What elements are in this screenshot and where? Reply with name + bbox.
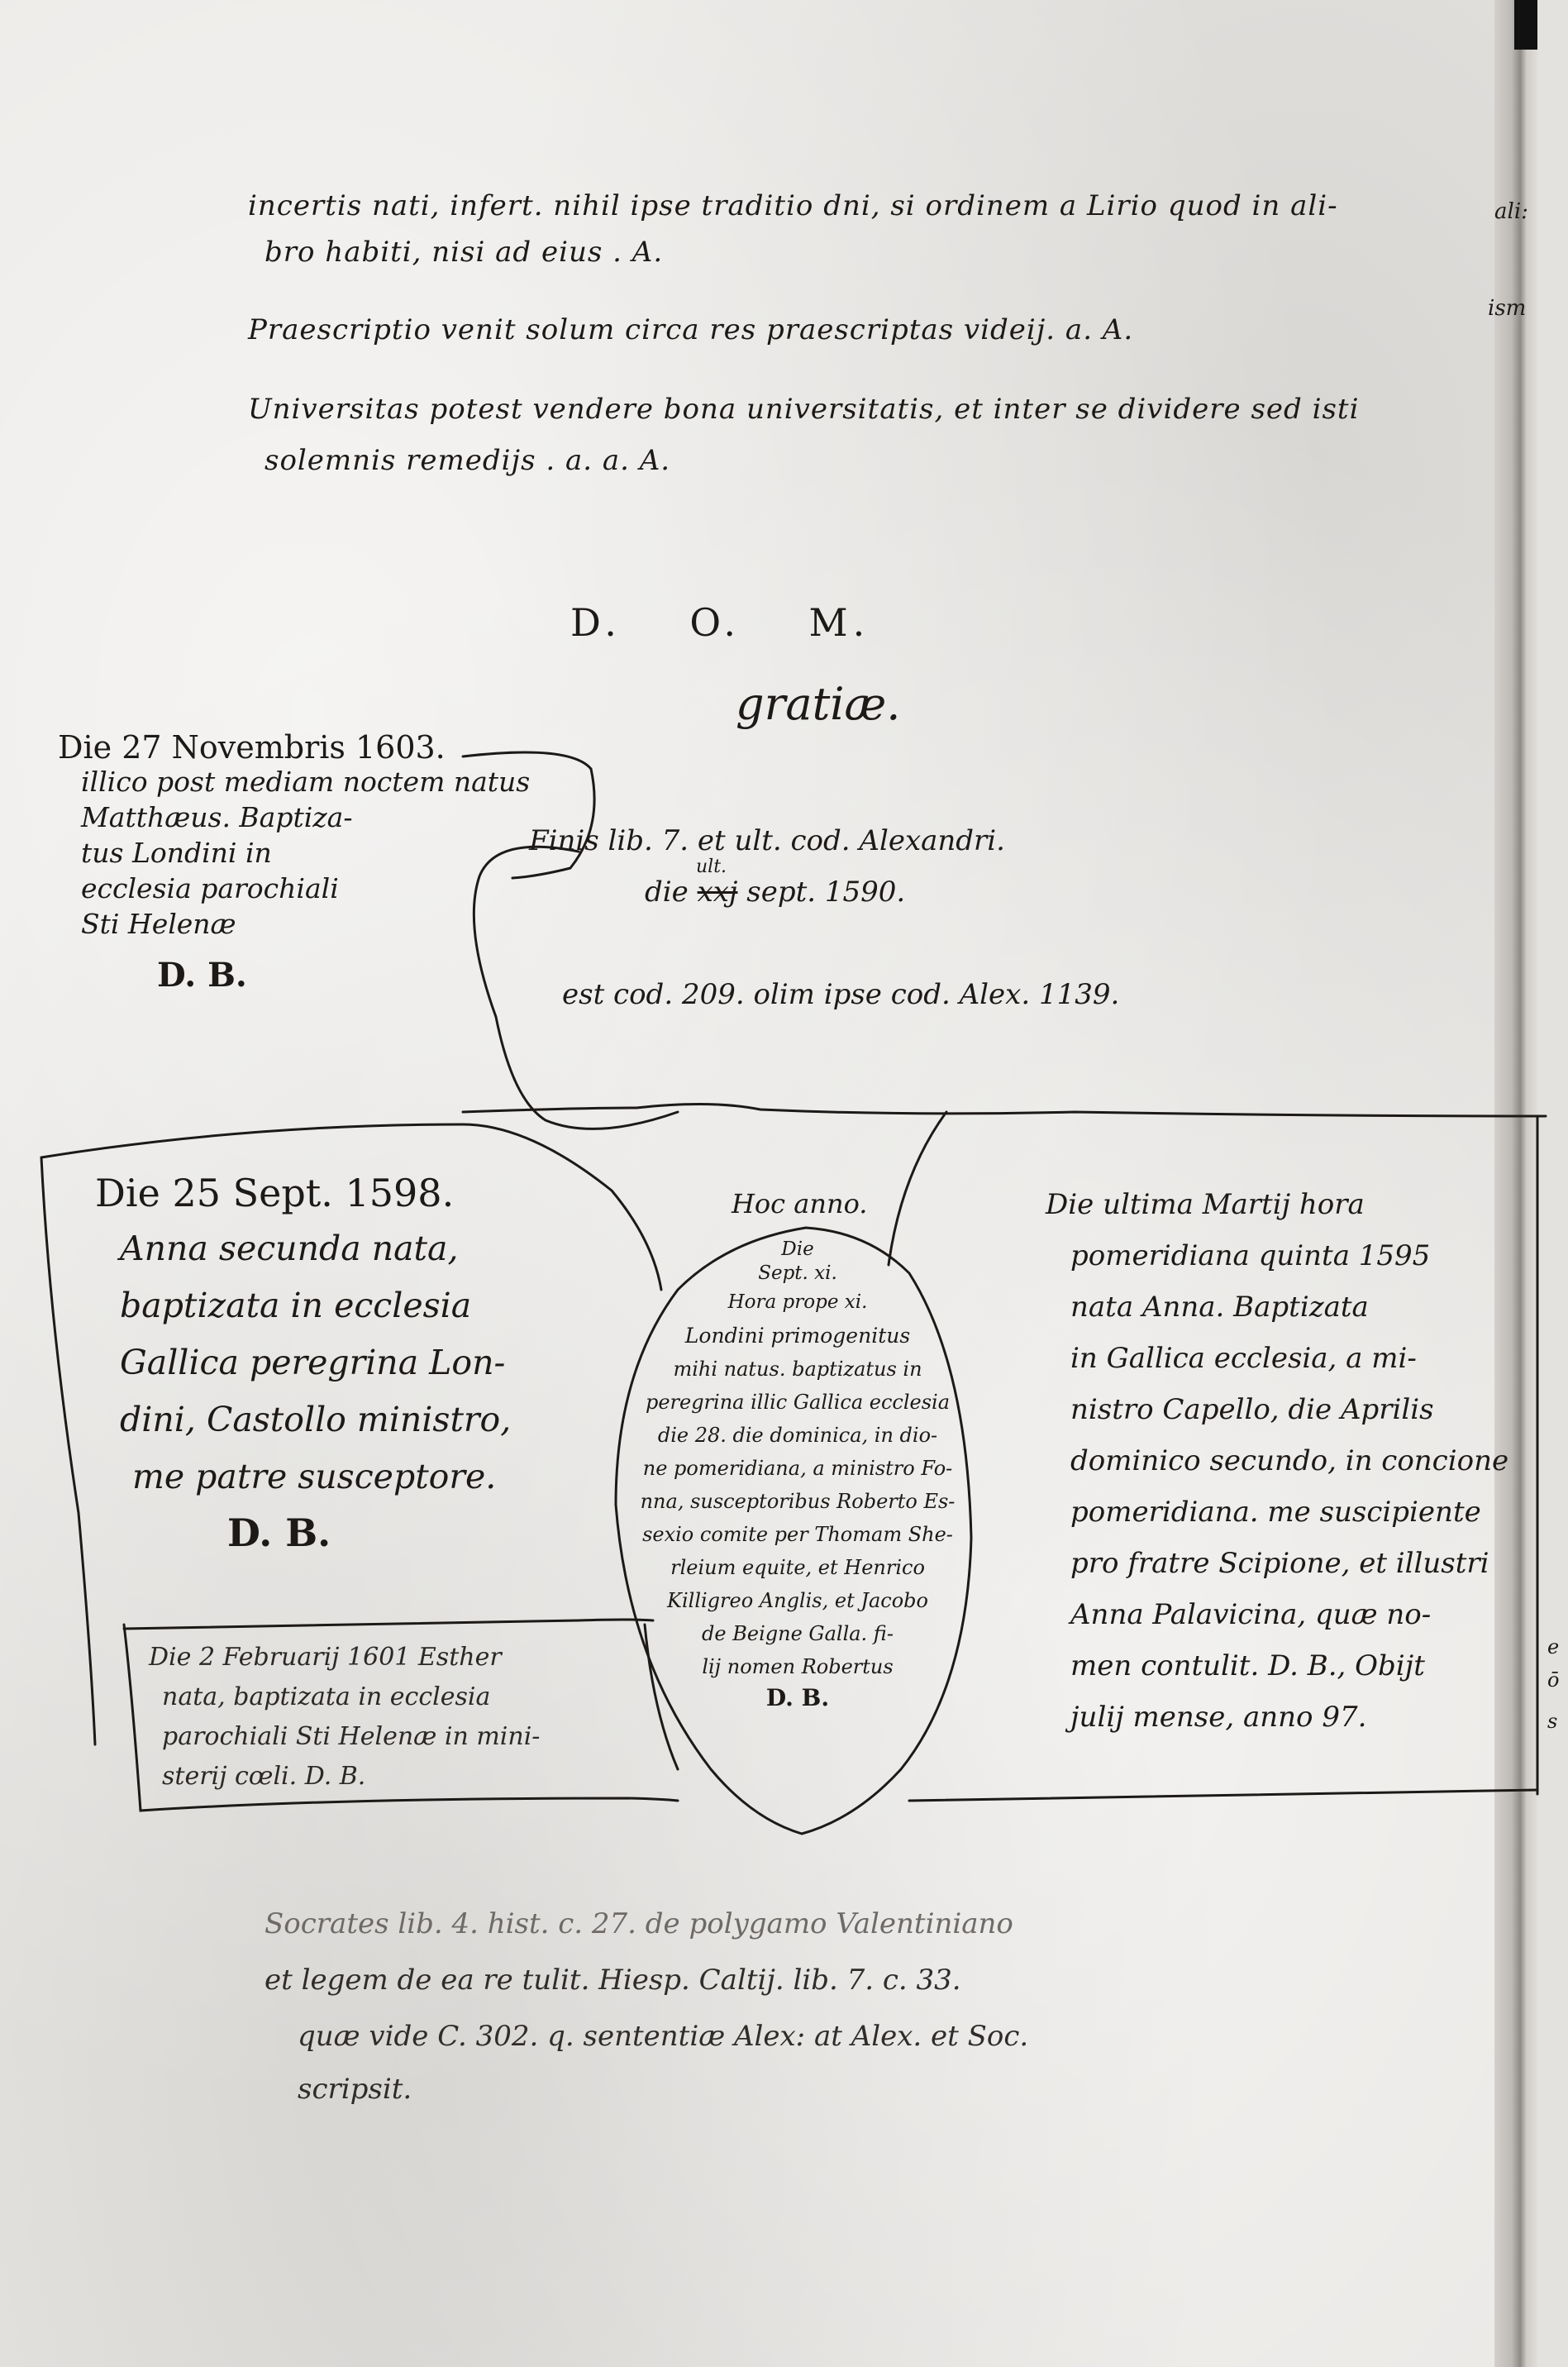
- oval-line: die 28. die dominica, in dio-: [624, 1425, 971, 1445]
- entry-birth-1603: Die 27 Novembris 1603. illico post media…: [58, 732, 530, 992]
- margin-fragment: ism: [1488, 298, 1526, 319]
- entry-line: tus Londini in: [81, 839, 530, 866]
- footer-line: Socrates lib. 4. hist. c. 27. de polygam…: [265, 1910, 1028, 1938]
- oval-line: Londini primogenitus: [624, 1325, 971, 1346]
- manuscript-page: incertis nati, infert. nihil ipse tradit…: [0, 0, 1537, 2367]
- entry-line: pomeridiana. me suscipiente: [1070, 1498, 1508, 1526]
- header-line: solemnis remedijs . a. a. A.: [265, 446, 1359, 475]
- entry-line: men contulit. D. B., Obijt: [1070, 1652, 1508, 1680]
- horizontal-rule-bottom-right: [909, 1790, 1537, 1801]
- oval-line: Killigreo Anglis, et Jacobo: [624, 1591, 971, 1611]
- entry-date: Die ultima Martij hora: [1046, 1191, 1508, 1219]
- finis-line-3: est cod. 209. olim ipse cod. Alex. 1139.: [562, 981, 1119, 1009]
- oval-heading: Hoc anno.: [732, 1191, 867, 1217]
- box-1598-left: [41, 1157, 95, 1744]
- interlinear-insert: ult.: [696, 858, 727, 876]
- oval-line: sexio comite per Thomam She-: [624, 1525, 971, 1544]
- entry-line: Anna Palavicina, quæ no-: [1070, 1601, 1508, 1629]
- invocation-dom: D. O. M.: [570, 604, 870, 642]
- entry-line: Anna secunda nata,: [120, 1232, 511, 1266]
- entry-line: baptizata in ecclesia: [120, 1289, 511, 1323]
- entry-line: dominico secundo, in concione: [1070, 1447, 1508, 1475]
- entry-birth-1601: Die 2 Februarij 1601 Esther nata, baptiz…: [149, 1645, 540, 1789]
- footer-line: et legem de ea re tulit. Hiesp. Caltij. …: [265, 1966, 1028, 1994]
- oval-line: peregrina illic Gallica ecclesia: [624, 1392, 971, 1412]
- finis-note: Finis lib. 7. et ult. cod. Alexandri. di…: [529, 827, 1119, 1009]
- entry-date: Die 25 Sept. 1598.: [95, 1174, 511, 1212]
- entry-line: pro fratre Scipione, et illustri: [1070, 1549, 1508, 1577]
- footer-line: quæ vide C. 302. q. sententiæ Alex: at A…: [298, 2022, 1028, 2050]
- horizontal-rule-top: [463, 1104, 1546, 1116]
- header-notes: incertis nati, infert. nihil ipse tradit…: [248, 192, 1359, 475]
- finis-die: die: [645, 876, 689, 909]
- entry-birth-1595: Die ultima Martij hora pomeridiana quint…: [1046, 1191, 1508, 1731]
- entry-line: Sti Helenæ: [81, 910, 530, 938]
- oval-line: ne pomeridiana, a ministro Fo-: [624, 1458, 971, 1478]
- finis-line-1: Finis lib. 7. et ult. cod. Alexandri.: [529, 827, 1119, 855]
- margin-fragment: ali:: [1494, 201, 1528, 222]
- entry-line: julij mense, anno 97.: [1070, 1703, 1508, 1731]
- entry-line: nata Anna. Baptizata: [1070, 1293, 1508, 1321]
- entry-line: sterij cœli. D. B.: [162, 1764, 540, 1789]
- oval-entry: Die Sept. xi. Hora prope xi. Londini pri…: [624, 1240, 971, 1710]
- struck-numeral: xxj: [698, 876, 738, 909]
- oval-line: Die: [624, 1240, 971, 1259]
- oval-line: mihi natus. baptizatus in: [624, 1359, 971, 1379]
- oval-line: Sept. xi.: [624, 1264, 971, 1283]
- finis-line-2: die xxj ult. sept. 1590.: [645, 878, 1119, 906]
- invocation-gratias: gratiæ.: [736, 682, 900, 727]
- signature-db: D. B.: [227, 1514, 511, 1552]
- footer-line: scripsit.: [298, 2075, 1028, 2103]
- entry-birth-1598: Die 25 Sept. 1598. Anna secunda nata, ba…: [95, 1174, 511, 1552]
- margin-fragment: s: [1547, 1711, 1557, 1731]
- entry-line: in Gallica ecclesia, a mi-: [1070, 1344, 1508, 1372]
- entry-line: Gallica peregrina Lon-: [120, 1346, 511, 1380]
- entry-date: Die 27 Novembris 1603.: [58, 732, 530, 763]
- oval-line: lij nomen Robertus: [624, 1657, 971, 1677]
- oval-line: Hora prope xi.: [624, 1293, 971, 1312]
- oval-signature: D. B.: [624, 1687, 971, 1710]
- footer-notes: Socrates lib. 4. hist. c. 27. de polygam…: [265, 1910, 1028, 2103]
- header-line: Praescriptio venit solum circa res praes…: [248, 316, 1359, 344]
- margin-fragment: e: [1547, 1637, 1559, 1657]
- finis-date: sept. 1590.: [746, 876, 905, 909]
- entry-line: illico post mediam noctem natus: [81, 768, 530, 795]
- oval-line: de Beigne Galla. fi-: [624, 1624, 971, 1644]
- header-line: Universitas potest vendere bona universi…: [248, 395, 1359, 423]
- signature-db: D. B.: [157, 959, 530, 992]
- entry-line: Matthæus. Baptiza-: [81, 804, 530, 831]
- header-line: incertis nati, infert. nihil ipse tradit…: [248, 192, 1359, 220]
- entry-line: nata, baptizata in ecclesia: [162, 1685, 540, 1710]
- oval-line: nna, susceptoribus Roberto Es-: [624, 1491, 971, 1511]
- box-1598-bottom: [124, 1620, 653, 1629]
- entry-line: nistro Capello, die Aprilis: [1070, 1396, 1508, 1424]
- margin-fragment: ō: [1547, 1670, 1559, 1690]
- entry-date: Die 2 Februarij 1601 Esther: [149, 1645, 540, 1670]
- entry-line: me patre susceptore.: [132, 1460, 511, 1494]
- header-line: bro habiti, nisi ad eius . A.: [265, 238, 1359, 266]
- entry-line: parochiali Sti Helenæ in mini-: [162, 1725, 540, 1749]
- oval-line: rleium equite, et Henrico: [624, 1558, 971, 1577]
- entry-line: pomeridiana quinta 1595: [1070, 1242, 1508, 1270]
- entry-line: ecclesia parochiali: [81, 875, 530, 902]
- entry-line: dini, Castollo ministro,: [120, 1403, 511, 1437]
